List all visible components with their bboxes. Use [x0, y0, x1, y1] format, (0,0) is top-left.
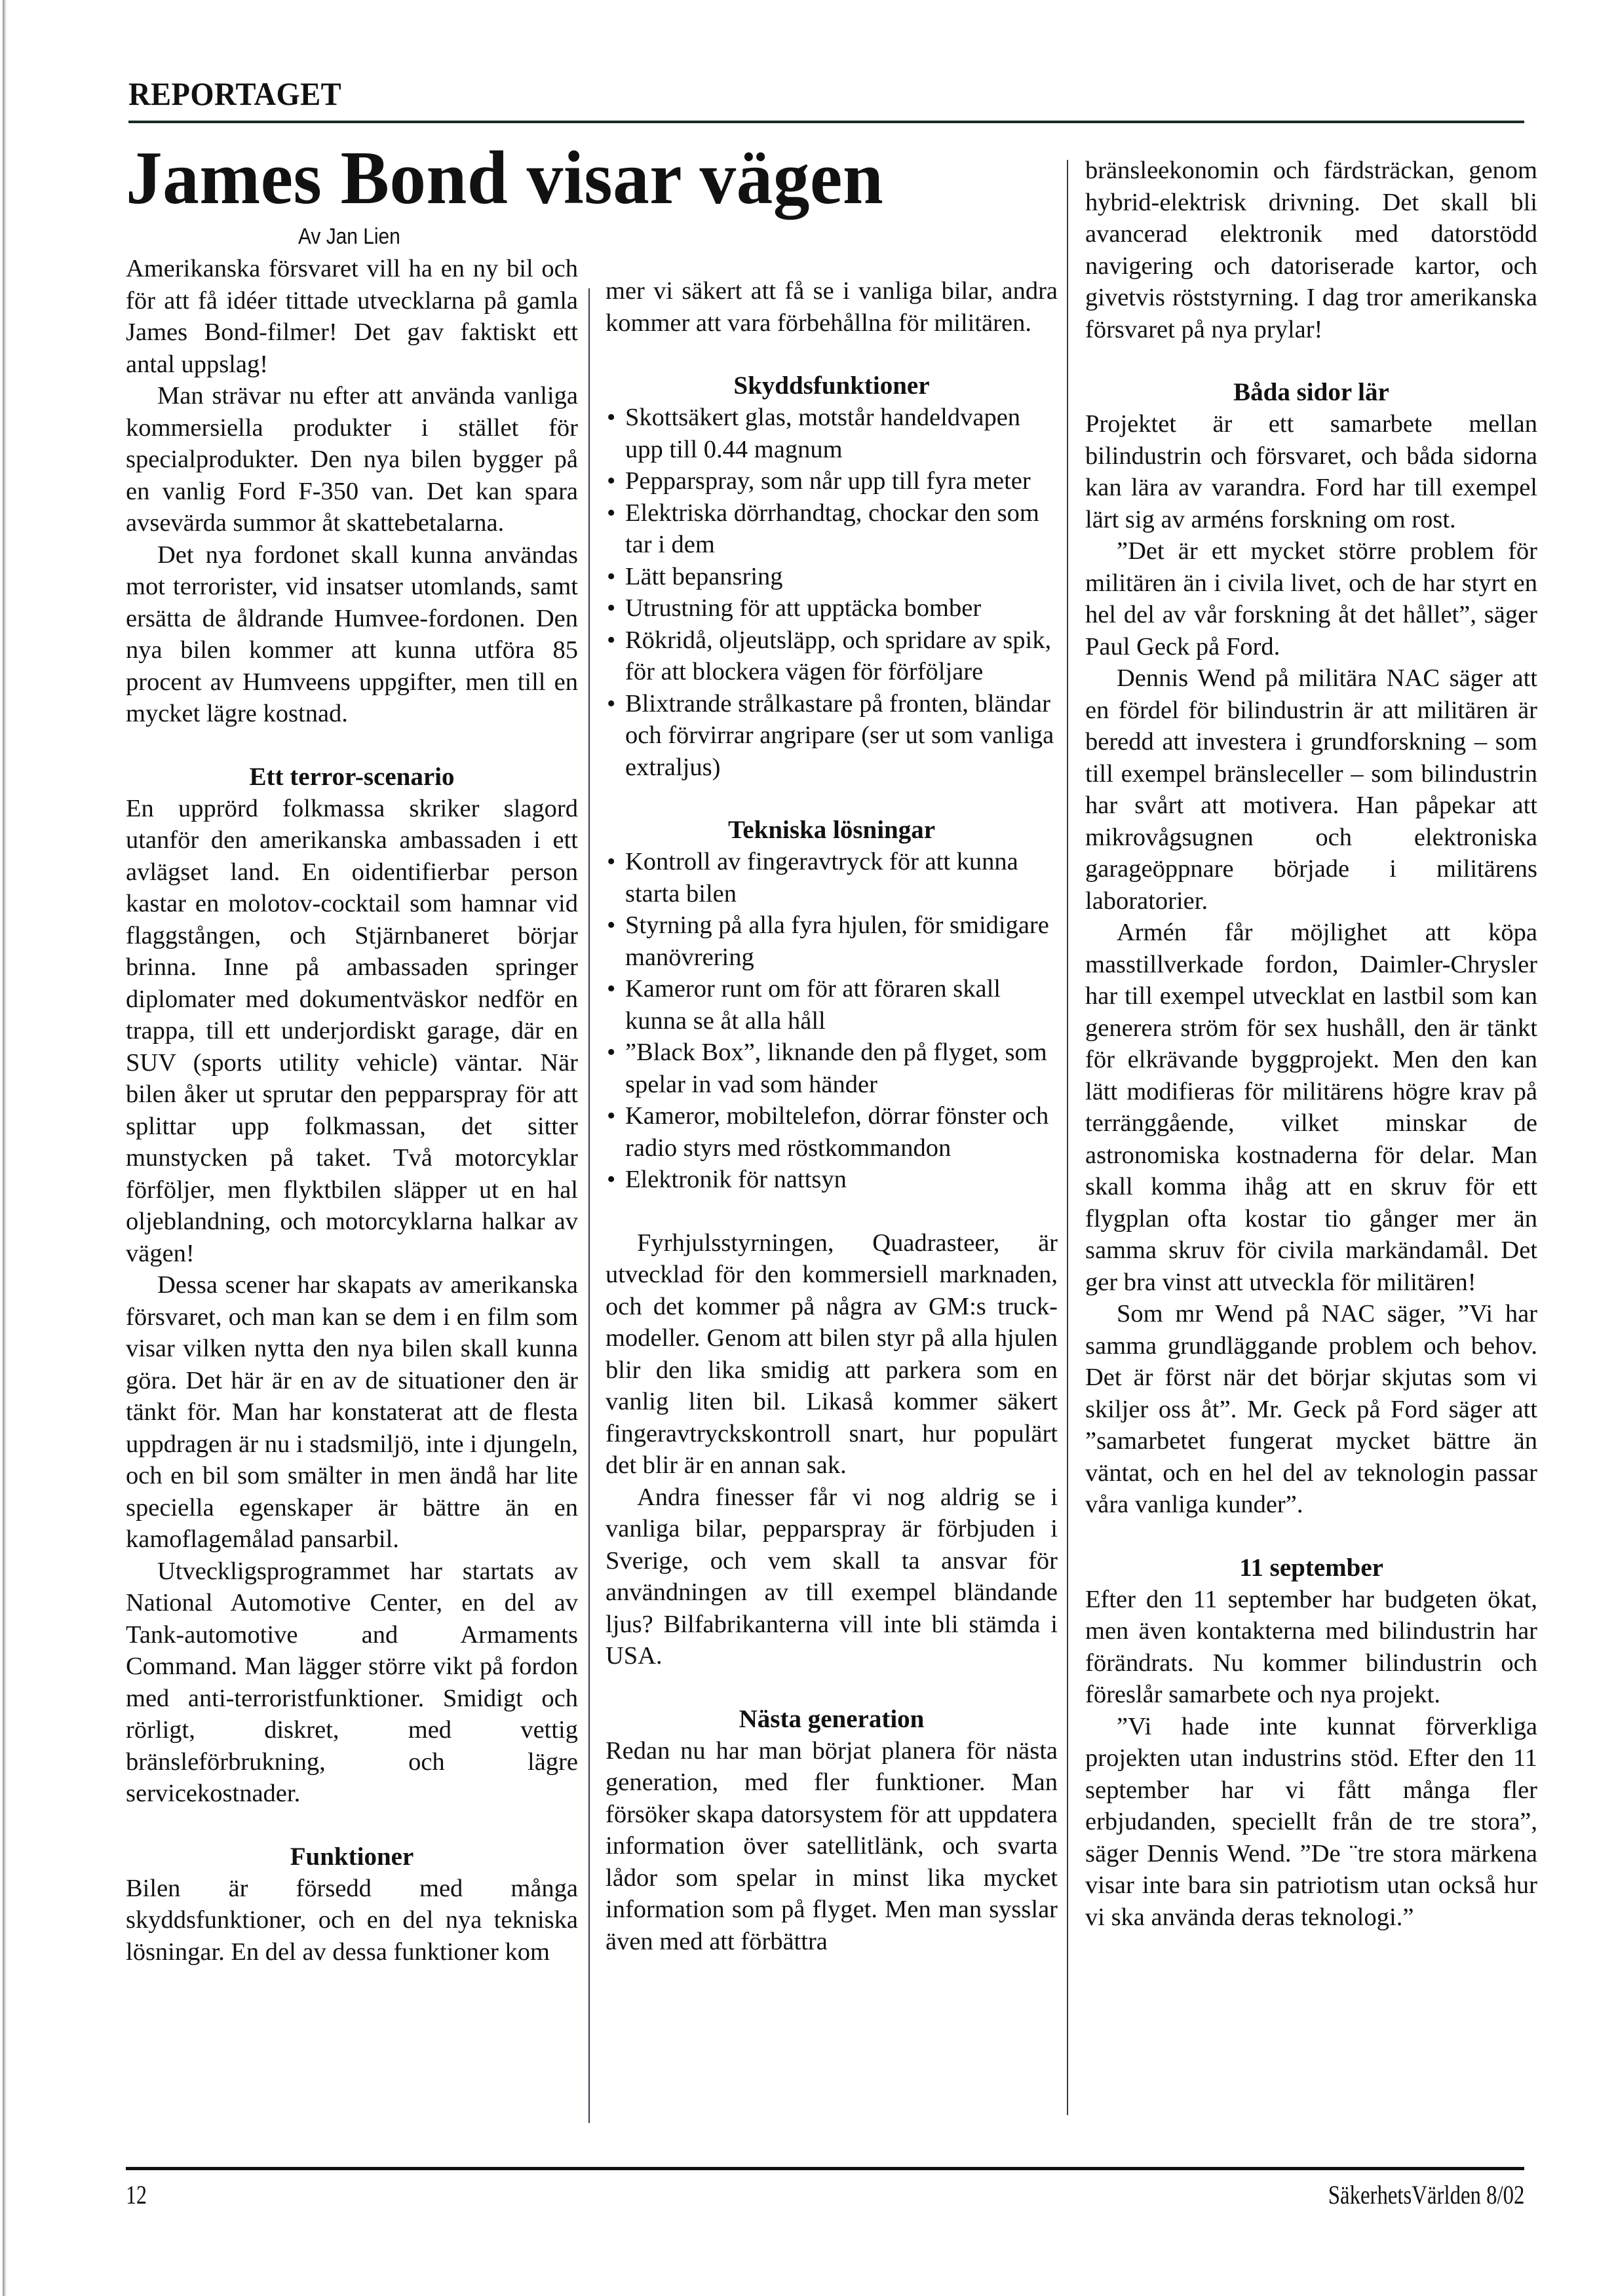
list-item: Rökridå, oljeutsläpp, och spridare av sp…	[606, 624, 1058, 688]
spacer	[606, 339, 1058, 370]
list-item: Kontroll av fingeravtryck för att kunna …	[606, 846, 1058, 909]
list-item: Elektronik för nattsyn	[606, 1164, 1058, 1196]
list-item: Skottsäkert glas, motstår handeldvapen u…	[606, 402, 1058, 465]
article-column-1: Amerikanska försvaret vill ha en ny bil …	[126, 253, 578, 1968]
paragraph: Amerikanska försvaret vill ha en ny bil …	[126, 253, 578, 380]
page-number: 12	[126, 2182, 147, 2208]
spacer	[1085, 1521, 1537, 1552]
subheading-nasta-generation: Nästa generation	[606, 1704, 1058, 1735]
article-column-2: mer vi säkert att få se i vanliga bilar,…	[606, 275, 1058, 1957]
list-item: Utrustning för att upptäcka bomber	[606, 592, 1058, 624]
section-label: REPORTAGET	[128, 77, 341, 110]
paragraph: Man strävar nu efter att använda vanliga…	[126, 380, 578, 539]
publication-issue: SäkerhetsVärlden 8/02	[1328, 2182, 1524, 2208]
paragraph: ”Det är ett mycket större problem för mi…	[1085, 535, 1537, 662]
bottom-rule	[126, 2167, 1524, 2170]
article-column-3: bränsleekonomin och färdsträckan, genom …	[1085, 155, 1537, 1933]
paragraph: Armén får möjlighet att köpa masstillver…	[1085, 917, 1537, 1298]
list-item: Styrning på alla fyra hjulen, för smidig…	[606, 909, 1058, 973]
list-item: Blixtrande strålkastare på fronten, blän…	[606, 688, 1058, 784]
scan-edge	[3, 0, 7, 2296]
subheading-skyddsfunktioner: Skyddsfunktioner	[606, 370, 1058, 402]
paragraph: ”Vi hade inte kunnat förverkliga projekt…	[1085, 1711, 1537, 1934]
paragraph: Det nya fordonet skall kunna användas mo…	[126, 539, 578, 730]
paragraph: mer vi säkert att få se i vanliga bilar,…	[606, 275, 1058, 339]
list-item: Elektriska dörrhandtag, chockar den som …	[606, 497, 1058, 561]
paragraph: Redan nu har man börjat planera för näst…	[606, 1735, 1058, 1958]
paragraph: bränsleekonomin och färdsträckan, genom …	[1085, 155, 1537, 345]
spacer	[606, 1196, 1058, 1227]
paragraph: Dennis Wend på militära NAC säger att en…	[1085, 662, 1537, 917]
subheading-terror-scenario: Ett terror-scenario	[126, 761, 578, 793]
paragraph: Som mr Wend på NAC säger, ”Vi har samma …	[1085, 1298, 1537, 1521]
subheading-11-september: 11 september	[1085, 1552, 1537, 1584]
paragraph: Dessa scener har skapats av amerikanska …	[126, 1269, 578, 1556]
list-item: ”Black Box”, liknande den på flyget, som…	[606, 1037, 1058, 1100]
subheading-bada-sidor-lar: Båda sidor lär	[1085, 377, 1537, 408]
spacer	[126, 730, 578, 761]
subheading-funktioner: Funktioner	[126, 1841, 578, 1873]
headline: James Bond visar vägen	[126, 140, 883, 216]
paragraph: Projektet är ett samarbete mellan bilind…	[1085, 408, 1537, 535]
paragraph: En upprörd folkmassa skriker slagord uta…	[126, 793, 578, 1270]
spacer	[606, 1672, 1058, 1704]
column-divider	[1067, 160, 1068, 2115]
column-divider	[588, 288, 590, 2123]
list-item: Pepparspray, som når upp till fyra meter	[606, 465, 1058, 497]
technical-solutions-list: Kontroll av fingeravtryck för att kunna …	[606, 846, 1058, 1196]
paragraph: Utveckligsprogrammet har startats av Nat…	[126, 1556, 578, 1810]
spacer	[606, 783, 1058, 814]
paragraph: Andra finesser får vi nog aldrig se i va…	[606, 1482, 1058, 1672]
subheading-tekniska-losningar: Tekniska lösningar	[606, 814, 1058, 846]
paragraph: Bilen är försedd med många skyddsfunktio…	[126, 1873, 578, 1968]
list-item: Kameror runt om för att föraren skall ku…	[606, 973, 1058, 1037]
list-item: Kameror, mobiltelefon, dörrar fönster oc…	[606, 1100, 1058, 1164]
protection-features-list: Skottsäkert glas, motstår handeldvapen u…	[606, 402, 1058, 783]
byline: Av Jan Lien	[298, 225, 400, 248]
list-item: Lätt bepansring	[606, 561, 1058, 593]
top-rule	[128, 121, 1524, 123]
paragraph: Fyrhjulsstyrningen, Quadrasteer, är utve…	[606, 1227, 1058, 1482]
spacer	[126, 1810, 578, 1841]
paragraph: Efter den 11 september har budgeten ökat…	[1085, 1584, 1537, 1711]
spacer	[1085, 345, 1537, 377]
